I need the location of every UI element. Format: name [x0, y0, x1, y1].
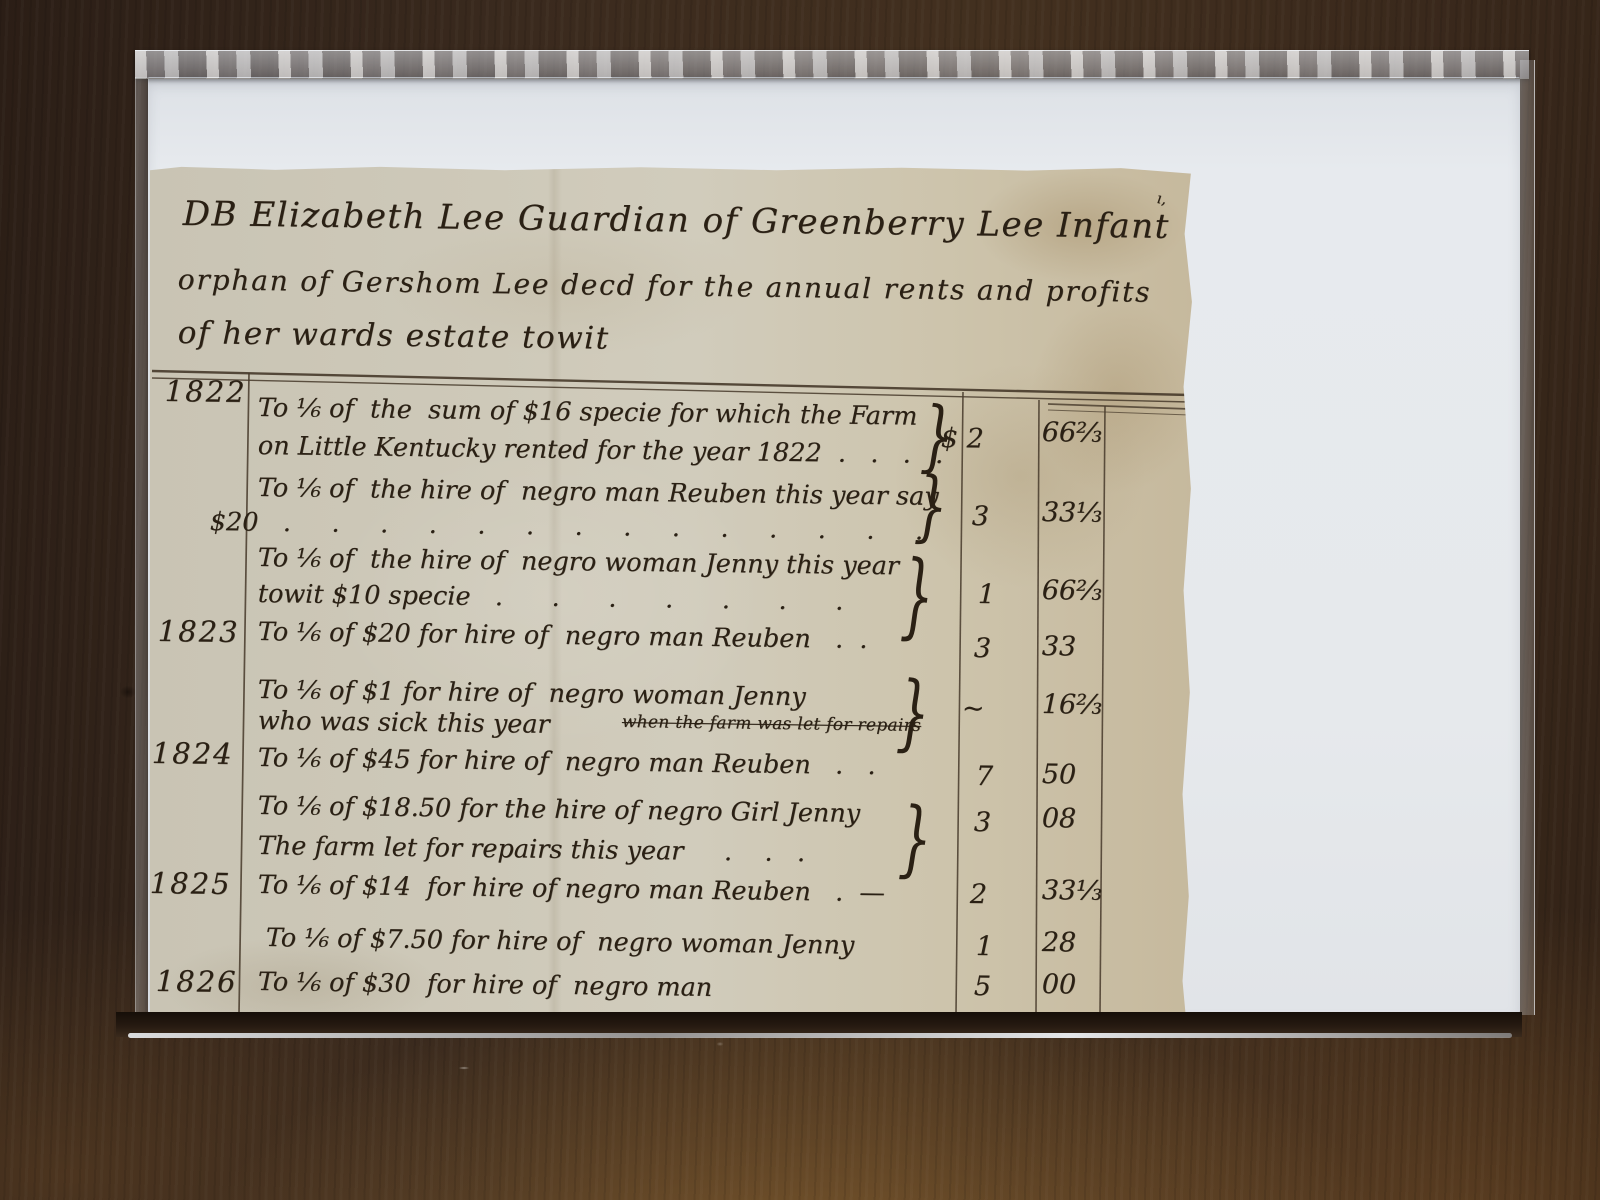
ledger-dollars: 2	[970, 880, 988, 910]
ledger-cents: 50	[1042, 760, 1077, 790]
ledger-line: $20 . . . . . . . . . . . . . .	[210, 508, 924, 545]
ledger-cents: 00	[1042, 970, 1077, 1000]
ledger-line: towit $10 specie . . . . . . .	[258, 580, 844, 616]
ledger-year: 1826	[156, 966, 238, 999]
heading-line-3: of her wards estate towit	[178, 316, 610, 356]
ledger-dollars: 3	[972, 502, 990, 532]
ledger-line: The farm let for repairs this year . . .	[258, 832, 806, 867]
ledger-dollars: 1	[978, 580, 996, 610]
ledger-cents: 16⅔	[1042, 690, 1103, 720]
photo-scene: DB Elizabeth Lee Guardian of Greenberry …	[0, 0, 1600, 1200]
ledger-line: To ⅙ of $45 for hire of negro man Reuben…	[258, 744, 876, 780]
heading-line-1: DB Elizabeth Lee Guardian of Greenberry …	[183, 196, 1170, 246]
ledger-cents: 66⅔	[1042, 576, 1103, 606]
plastic-sleeve-top-crimped-edge	[135, 50, 1529, 79]
row-brace: }	[913, 467, 949, 547]
manuscript-document: DB Elizabeth Lee Guardian of Greenberry …	[150, 166, 1194, 1015]
ledger-line: To ⅙ of $14 for hire of negro man Reuben…	[258, 871, 885, 907]
ledger-cents: 33⅓	[1042, 498, 1103, 528]
ledger-line: To ⅙ of $18.50 for the hire of negro Gir…	[258, 792, 861, 828]
ledger-line: on Little Kentucky rented for the year 1…	[258, 432, 944, 469]
ledger-line: To ⅙ of the hire of negro man Reuben thi…	[258, 474, 939, 511]
sleeve-bottom-highlight	[128, 1033, 1512, 1038]
ledger-interlined-note: when the farm was let for repairs	[622, 713, 921, 736]
ledger-line: To ⅙ of $1 for hire of negro woman Jenny	[258, 676, 806, 711]
ledger-cents: 28	[1042, 928, 1077, 958]
document-edge-ink-marks: ı,	[1156, 190, 1168, 208]
row-brace: }	[899, 548, 935, 645]
ledger-line: who was sick this year	[258, 707, 550, 739]
ledger-year: 1823	[158, 616, 240, 649]
ledger-line: To ⅙ of $7.50 for hire of negro woman Je…	[266, 924, 855, 960]
ledger-cents: 33	[1042, 632, 1077, 662]
ledger-dollars: 3	[974, 808, 992, 838]
plastic-sleeve-left-edge	[135, 77, 149, 1015]
ledger-dollars: 3	[974, 634, 992, 664]
heading-line-2: orphan of Gershom Lee decd for the annua…	[178, 265, 1152, 309]
row-brace: }	[895, 671, 931, 757]
ledger-year: 1825	[150, 868, 232, 901]
ledger-year: 1824	[152, 738, 234, 771]
ledger-cents: 08	[1042, 804, 1077, 834]
ledger-cents: 66⅔	[1042, 418, 1103, 448]
ledger-line: To ⅙ of the sum of $16 specie for which …	[258, 394, 918, 431]
ledger-dollars: 7	[976, 762, 994, 792]
ledger-year: 1822	[165, 376, 247, 409]
row-brace: }	[897, 797, 933, 883]
ledger-dollars: $ 2	[941, 424, 984, 454]
ledger-cents: 33⅓	[1042, 876, 1103, 906]
ledger-line: To ⅙ of $30 for hire of negro man	[258, 968, 713, 1002]
plastic-sleeve-right-edge	[1520, 60, 1535, 1015]
ledger-line: To ⅙ of $20 for hire of negro man Reuben…	[258, 618, 868, 654]
ledger-dollars: 5	[974, 972, 992, 1002]
ledger-line: To ⅙ of the hire of negro woman Jenny th…	[258, 544, 900, 580]
ledger-dollars: 1	[976, 932, 994, 962]
ledger-dollars: ~	[962, 694, 985, 724]
